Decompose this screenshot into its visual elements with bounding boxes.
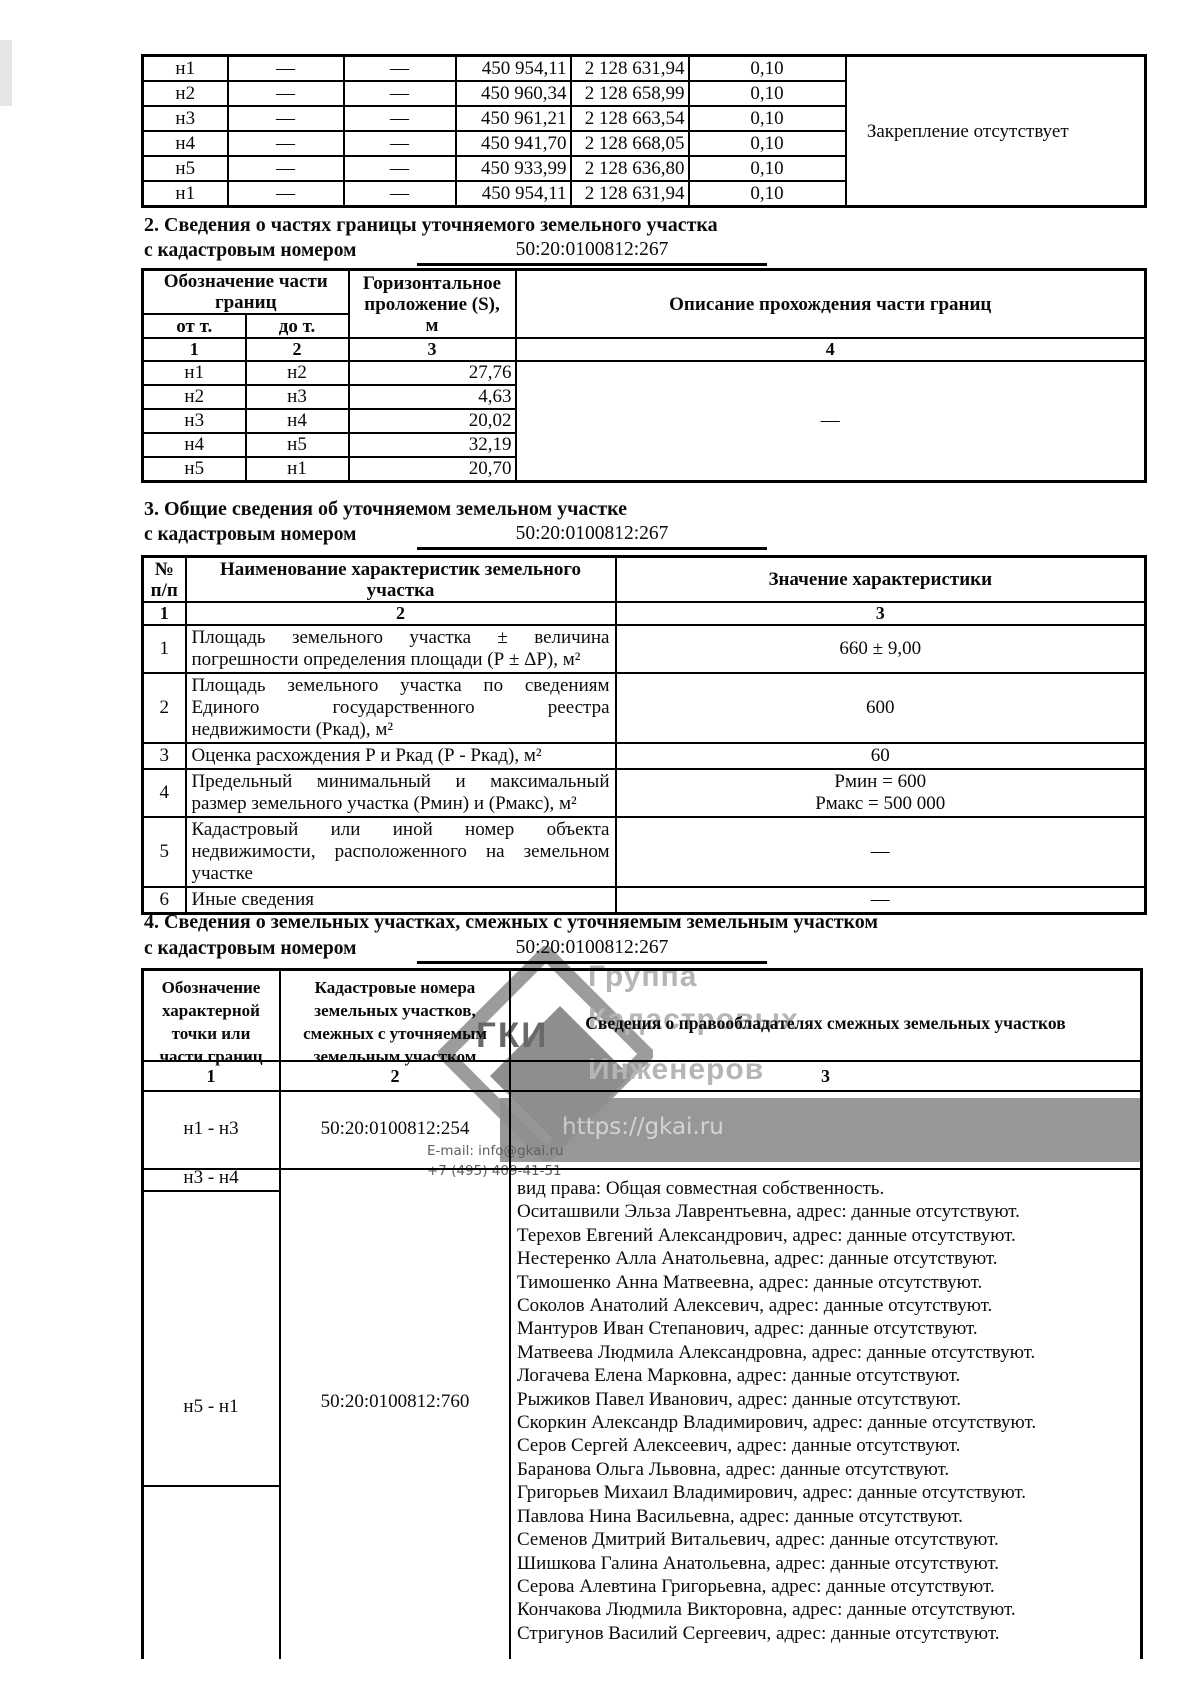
characteristic-row: 5Кадастровый или иной номер объектанедви… — [143, 817, 1146, 887]
table-cell: 450 933,99 — [456, 156, 571, 181]
column-header-right-holders: Сведения о правообладателях смежных земе… — [511, 1012, 1140, 1035]
description-cell: — — [516, 361, 1146, 482]
table-cell: — — [344, 56, 456, 82]
section2-cadastral-label: с кадастровым номером — [144, 239, 356, 263]
column-number: 1 — [143, 602, 186, 625]
column-header-value: Значение характеристики — [616, 557, 1146, 603]
table-cell: н3 — [246, 385, 349, 409]
column-number: 2 — [281, 1066, 509, 1087]
table-cell: 2 128 631,94 — [571, 56, 689, 82]
column-number: 3 — [511, 1066, 1140, 1087]
table-cell: — — [228, 131, 344, 156]
characteristic-name-line: участке — [192, 863, 610, 885]
coordinate-row: н1——450 954,112 128 631,940,10Закреплени… — [143, 56, 1146, 82]
characteristic-value-line: 600 — [620, 697, 1142, 719]
table-cell: 450 954,11 — [456, 181, 571, 207]
table-border — [1140, 968, 1143, 1659]
column-number: 1 — [143, 1066, 279, 1087]
right-holder-line: Григорьев Михаил Владимирович, адрес: да… — [517, 1481, 1137, 1504]
table-cell: н2 — [143, 385, 246, 409]
table-cell: 0,10 — [689, 181, 846, 207]
characteristic-name-cell: Площадь земельного участка по сведениямЕ… — [186, 673, 616, 743]
table-cell: 450 941,70 — [456, 131, 571, 156]
boundary-designation: н3 - н4 — [143, 1167, 279, 1189]
characteristic-name-line: Площадь земельного участка по сведениям — [192, 675, 610, 697]
adjacent-cadastral-number: 50:20:0100812:254 — [281, 1118, 509, 1140]
table-cell: 0,10 — [689, 106, 846, 131]
column-number: 1 — [143, 338, 246, 361]
characteristic-value-cell: 600 — [616, 673, 1146, 743]
characteristic-name-line: Оценка расхождения Р и Ркад (Р - Ркад), … — [192, 745, 610, 767]
table-cell: — — [344, 106, 456, 131]
section4-title: 4. Сведения о земельных участках, смежны… — [144, 910, 878, 934]
characteristic-name-line: недвижимости (Ркад), м² — [192, 719, 610, 741]
section3-title: 3. Общие сведения об уточняемом земельно… — [144, 497, 627, 521]
table-cell: н5 — [246, 433, 349, 457]
right-holder-line: Серов Сергей Алексеевич, адрес: данные о… — [517, 1434, 1137, 1457]
column-number: 2 — [246, 338, 349, 361]
characteristic-row: 3Оценка расхождения Р и Ркад (Р - Ркад),… — [143, 743, 1146, 769]
section2-cadastral-number: 50:20:0100812:267 — [417, 239, 767, 266]
column-header-designation: Обозначение части границ — [143, 270, 349, 315]
table-cell: н2 — [246, 361, 349, 385]
table-cell: н3 — [143, 106, 228, 131]
table-cell: 0,10 — [689, 81, 846, 106]
characteristic-name-cell: Площадь земельного участка ± величинапог… — [186, 625, 616, 673]
characteristic-value-cell: — — [616, 817, 1146, 887]
table-cell: н5 — [143, 457, 246, 482]
right-holder-line: Логачева Елена Марковна, адрес: данные о… — [517, 1364, 1137, 1387]
column-header-line: Обозначение — [143, 976, 279, 999]
section4-cadastral-number: 50:20:0100812:267 — [417, 937, 767, 964]
characteristic-value-line: — — [620, 841, 1142, 863]
table-cell: 20,02 — [349, 409, 516, 433]
table-cell: н2 — [143, 81, 228, 106]
column-number: 2 — [186, 602, 616, 625]
characteristic-value-cell: 660 ± 9,00 — [616, 625, 1146, 673]
column-header-designation: Обозначениехарактернойточки иличасти гра… — [143, 976, 279, 1068]
table-border — [141, 1190, 281, 1192]
table-cell: — — [344, 156, 456, 181]
column-header-line: земельным участком — [281, 1045, 509, 1068]
table-cell: — — [228, 81, 344, 106]
characteristic-row: 4Предельный минимальный и максимальныйра… — [143, 769, 1146, 817]
table-border — [141, 968, 1143, 971]
column-header-line: части границ — [143, 1045, 279, 1068]
scan-artifact — [0, 40, 12, 106]
right-holder-line: Семенов Дмитрий Витальевич, адрес: данны… — [517, 1528, 1137, 1551]
table-cell: — — [344, 81, 456, 106]
characteristic-name-cell: Предельный минимальный и максимальныйраз… — [186, 769, 616, 817]
table-cell: 20,70 — [349, 457, 516, 482]
table-cell: — — [228, 106, 344, 131]
table-cell: н1 — [143, 181, 228, 207]
table-cell: 4 — [143, 769, 186, 817]
table-cell: 4,63 — [349, 385, 516, 409]
column-header-no: № п/п — [143, 557, 186, 603]
column-header-line: смежных с уточняемым — [281, 1022, 509, 1045]
characteristic-name-line: Предельный минимальный и максимальный — [192, 771, 610, 793]
parcel-characteristics-table: № п/п Наименование характеристик земельн… — [141, 555, 1147, 915]
column-number: 4 — [516, 338, 1146, 361]
column-header-from: от т. — [143, 314, 246, 338]
column-number: 3 — [616, 602, 1146, 625]
characteristic-name-line: недвижимости, расположенного на земельно… — [192, 841, 610, 863]
table-cell: 450 961,21 — [456, 106, 571, 131]
scanned-document-page: н1——450 954,112 128 631,940,10Закреплени… — [0, 0, 1200, 1698]
characteristic-name-line: Иные сведения — [192, 889, 610, 911]
column-header-description: Описание прохождения части границ — [516, 270, 1146, 339]
watermark-band: https://gkai.ru — [500, 1098, 1143, 1162]
table-cell: н4 — [246, 409, 349, 433]
right-holder-line: Серова Алевтина Григорьевна, адрес: данн… — [517, 1575, 1137, 1598]
table-cell: 0,10 — [689, 156, 846, 181]
right-holder-line: Оситашвили Эльза Лаврентьевна, адрес: да… — [517, 1200, 1137, 1223]
right-holder-line: Мантуров Иван Степанович, адрес: данные … — [517, 1317, 1137, 1340]
right-holder-line: Баранова Ольга Львовна, адрес: данные от… — [517, 1458, 1137, 1481]
right-holder-line: Рыжиков Павел Иванович, адрес: данные от… — [517, 1388, 1137, 1411]
right-holders-list: вид права: Общая совместная собственност… — [517, 1177, 1137, 1645]
column-header-length-unit: м — [353, 315, 512, 336]
anchor-note-cell: Закрепление отсутствует — [846, 56, 1146, 207]
table-cell: 2 128 663,54 — [571, 106, 689, 131]
table-cell: н4 — [143, 433, 246, 457]
table-cell: 2 128 636,80 — [571, 156, 689, 181]
column-header-name: Наименование характеристик земельного уч… — [186, 557, 616, 603]
table-cell: 2 128 631,94 — [571, 181, 689, 207]
table-cell: 450 960,34 — [456, 81, 571, 106]
table-border — [141, 1168, 1143, 1170]
section3-cadastral-label: с кадастровым номером — [144, 523, 356, 547]
column-header-cadastral-numbers: Кадастровые номераземельных участков,сме… — [281, 976, 509, 1068]
column-header-line: Кадастровые номера — [281, 976, 509, 999]
characteristic-row: 2Площадь земельного участка по сведениям… — [143, 673, 1146, 743]
right-holder-line: вид права: Общая совместная собственност… — [517, 1177, 1137, 1200]
characteristic-value-line: 660 ± 9,00 — [620, 638, 1142, 660]
right-holder-line: Тимошенко Анна Матвеевна, адрес: данные … — [517, 1271, 1137, 1294]
right-holder-line: Нестеренко Алла Анатольевна, адрес: данн… — [517, 1247, 1137, 1270]
table-border — [141, 1090, 1143, 1092]
table-cell: — — [344, 181, 456, 207]
table-cell: 27,76 — [349, 361, 516, 385]
right-holder-line: Кончакова Людмила Викторовна, адрес: дан… — [517, 1598, 1137, 1621]
table-cell: — — [228, 56, 344, 82]
column-number: 3 — [349, 338, 516, 361]
column-header-length-text: Горизонтальное проложение (S), — [353, 273, 512, 315]
characteristic-value-line: Рмин = 600 — [620, 771, 1142, 793]
characteristic-name-line: Площадь земельного участка ± величина — [192, 627, 610, 649]
section3-cadastral-number: 50:20:0100812:267 — [417, 523, 767, 550]
column-header-length: Горизонтальное проложение (S), м — [349, 270, 516, 339]
characteristic-name-cell: Оценка расхождения Р и Ркад (Р - Ркад), … — [186, 743, 616, 769]
table-cell: 2 — [143, 673, 186, 743]
table-cell: 1 — [143, 625, 186, 673]
right-holder-line: Терехов Евгений Александрович, адрес: да… — [517, 1224, 1137, 1247]
table-cell: 2 128 658,99 — [571, 81, 689, 106]
table-cell: 32,19 — [349, 433, 516, 457]
column-header-line: характерной — [143, 999, 279, 1022]
characteristic-value-cell: Рмин = 600Рмакс = 500 000 — [616, 769, 1146, 817]
watermark-email: E-mail: info@gkai.ru — [427, 1143, 564, 1159]
table-cell: 2 128 668,05 — [571, 131, 689, 156]
characteristic-name-line: Кадастровый или иной номер объекта — [192, 819, 610, 841]
right-holder-line: Скоркин Александр Владимирович, адрес: д… — [517, 1411, 1137, 1434]
section4-cadastral-label: с кадастровым номером — [144, 937, 356, 961]
right-holder-line: Соколов Анатолий Алексевич, адрес: данны… — [517, 1294, 1137, 1317]
table-cell: — — [228, 156, 344, 181]
table-cell: н4 — [143, 131, 228, 156]
characteristic-name-line: погрешности определения площади (Р ± ΔР)… — [192, 649, 610, 671]
coordinates-table: н1——450 954,112 128 631,940,10Закреплени… — [141, 54, 1147, 208]
table-cell: н1 — [143, 56, 228, 82]
table-cell: 3 — [143, 743, 186, 769]
table-cell: н1 — [246, 457, 349, 482]
characteristic-value-line: — — [620, 889, 1142, 911]
characteristic-value-cell: 60 — [616, 743, 1146, 769]
boundary-designation: н5 - н1 — [143, 1396, 279, 1418]
characteristic-name-cell: Кадастровый или иной номер объектанедвиж… — [186, 817, 616, 887]
table-cell: 450 954,11 — [456, 56, 571, 82]
table-cell: н1 — [143, 361, 246, 385]
characteristic-value-line: 60 — [620, 745, 1142, 767]
table-cell: — — [344, 131, 456, 156]
right-holder-line: Матвеева Людмила Александровна, адрес: д… — [517, 1341, 1137, 1364]
column-header-to: до т. — [246, 314, 349, 338]
boundary-designation: н1 - н3 — [143, 1118, 279, 1140]
characteristic-row: 1Площадь земельного участка ± величинапо… — [143, 625, 1146, 673]
section2-title: 2. Сведения о частях границы уточняемого… — [144, 213, 718, 237]
boundary-parts-table: Обозначение части границ Горизонтальное … — [141, 268, 1147, 483]
adjacent-cadastral-number: 50:20:0100812:760 — [281, 1391, 509, 1413]
right-holder-line: Шишкова Галина Анатольевна, адрес: данны… — [517, 1552, 1137, 1575]
table-cell: 0,10 — [689, 131, 846, 156]
table-cell: 0,10 — [689, 56, 846, 82]
table-cell: — — [228, 181, 344, 207]
table-border — [141, 1485, 281, 1487]
column-header-line: точки или — [143, 1022, 279, 1045]
table-cell: н5 — [143, 156, 228, 181]
right-holder-line: Стригунов Василий Сергеевич, адрес: данн… — [517, 1622, 1137, 1645]
table-cell: н3 — [143, 409, 246, 433]
characteristic-name-line: Единого государственного реестра — [192, 697, 610, 719]
boundary-part-row: н1н227,76— — [143, 361, 1146, 385]
watermark-org-word: Группа — [588, 960, 697, 994]
characteristic-name-line: размер земельного участка (Рмин) и (Рмак… — [192, 793, 610, 815]
table-cell: 5 — [143, 817, 186, 887]
characteristic-value-line: Рмакс = 500 000 — [620, 793, 1142, 815]
column-header-line: земельных участков, — [281, 999, 509, 1022]
right-holder-line: Павлова Нина Васильевна, адрес: данные о… — [517, 1505, 1137, 1528]
watermark-url: https://gkai.ru — [562, 1114, 724, 1140]
